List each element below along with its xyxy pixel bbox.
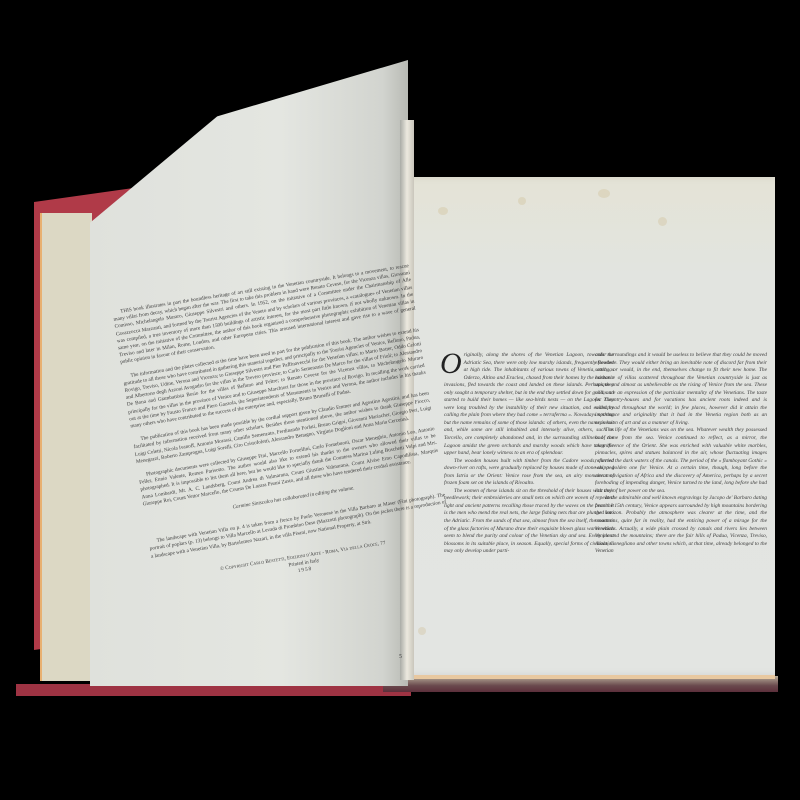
right-paragraph: The life of the Venetians was on the sea… bbox=[595, 427, 767, 495]
book-photo-scene: THIS book illustrates in part the boundl… bbox=[0, 0, 800, 800]
page-number: 5 bbox=[399, 654, 402, 660]
right-page-column-2: cular surroundings and it would be usele… bbox=[595, 352, 767, 556]
right-paragraph: In the admirable and well known engravin… bbox=[595, 495, 767, 555]
right-paragraph: The wooden houses built with timber from… bbox=[444, 458, 614, 488]
drop-cap: O bbox=[440, 352, 462, 376]
left-page-text: THIS book illustrates in part the boundl… bbox=[112, 263, 454, 598]
right-paragraph: Originally, along the shores of the Vene… bbox=[444, 352, 614, 458]
right-paragraph: cular surroundings and it would be usele… bbox=[595, 352, 767, 427]
endpaper bbox=[40, 213, 92, 681]
right-page-column-1: Originally, along the shores of the Vene… bbox=[444, 352, 614, 556]
right-paragraph: The women of these islands sit on the th… bbox=[444, 488, 614, 556]
